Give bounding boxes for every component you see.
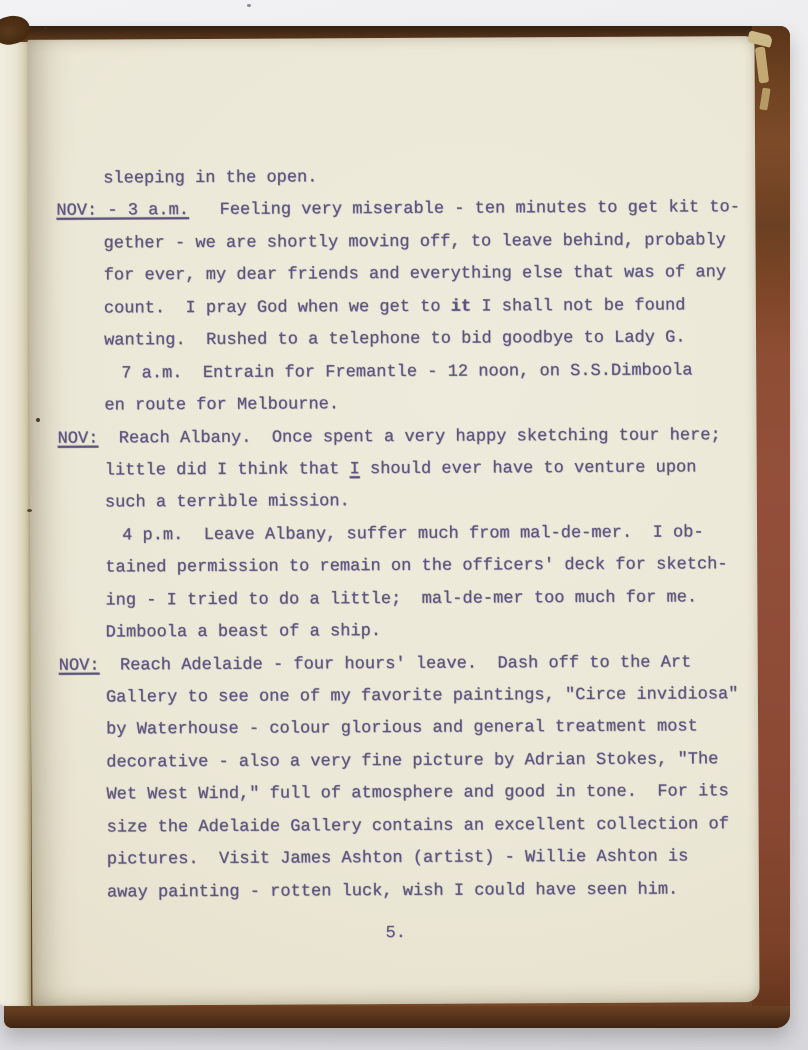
scanned-book-photo: sleeping in the open.NOV: - 3 a.m. Feeli… — [0, 0, 808, 1050]
text-line: NOV: - 3 a.m. Feeling very miserable - t… — [28, 193, 755, 229]
text-line: 7 a.m. Entrain for Fremantle - 12 noon, … — [29, 355, 756, 391]
text-line: Dimboola a beast of a ship. — [31, 614, 758, 650]
diary-page: sleeping in the open.NOV: - 3 a.m. Feeli… — [27, 36, 759, 1006]
page-number: 5. — [32, 922, 759, 945]
text-line: NOV: Reach Albany. Once spent a very hap… — [29, 420, 756, 456]
text-line: little did I think that I should ever ha… — [30, 452, 757, 488]
text-line: tained permission to remain on the offic… — [30, 549, 757, 585]
text-line: gether - we are shortly moving off, to l… — [28, 225, 755, 261]
text-line: sleeping in the open. — [28, 160, 755, 196]
text-line: for ever, my dear friends and everything… — [29, 257, 756, 293]
text-line: by Waterhouse - colour glorious and gene… — [31, 712, 758, 748]
underlined-text: NOV: — [58, 429, 99, 448]
book-cover-bottom-edge — [4, 1006, 790, 1028]
underlined-text: NOV: — [59, 656, 100, 675]
text-line: such a terrìble mission. — [30, 484, 757, 520]
ink-speck — [44, 27, 47, 30]
bold-text: it — [451, 297, 472, 316]
text-line: size the Adelaide Gallery contains an ex… — [32, 809, 759, 845]
underlined-text: NOV: - 3 a.m. — [56, 202, 189, 222]
page-edge-stack — [0, 42, 31, 1006]
underlined-text: I — [350, 460, 360, 479]
text-line: 4 p.m. Leave Albany, suffer much from ma… — [30, 517, 757, 553]
ink-speck — [247, 4, 251, 7]
text-line: Wet West Wind," full of atmosphere and g… — [31, 776, 758, 812]
page-text: sleeping in the open.NOV: - 3 a.m. Feeli… — [28, 160, 759, 910]
text-line: pictures. Visit James Ashton (artist) - … — [32, 841, 759, 877]
text-line: ing - I tried to do a little; mal-de-mer… — [30, 582, 757, 618]
ink-speck — [27, 509, 32, 512]
text-line: en route for Melbourne. — [29, 387, 756, 423]
text-line: wanting. Rushed to a telephone to bid go… — [29, 322, 756, 358]
text-line: Gallery to see one of my favorite painti… — [31, 679, 758, 715]
text-line: away painting - rotten luck, wish I coul… — [32, 874, 759, 910]
text-line: count. I pray God when we get to it I sh… — [29, 290, 756, 326]
text-line: NOV: Reach Adelaide - four hours' leave.… — [31, 647, 758, 683]
text-line: decorative - also a very fine picture by… — [31, 744, 758, 780]
